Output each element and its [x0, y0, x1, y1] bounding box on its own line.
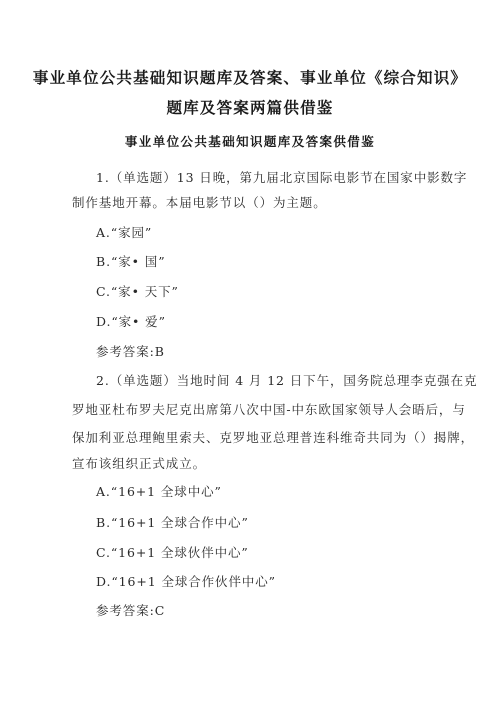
answer: 参考答案:C [96, 603, 165, 619]
option-c: C.“16+1 全球伙伴中心” [96, 545, 249, 561]
option-d: D.“家• 爱” [96, 314, 166, 330]
question-text: 保加利亚总理鲍里索夫、克罗地亚总理普连科维奇共同为（）揭牌， [72, 430, 474, 446]
question-text: 1.（单选题）13 日晚，第九届北京国际电影节在国家中影数字 [96, 170, 467, 186]
question-text: 制作基地开幕。本届电影节以（）为主题。 [72, 195, 327, 211]
option-b: B.“家• 国” [96, 254, 166, 270]
answer: 参考答案:B [96, 344, 165, 360]
question-text: 2.（单选题）当地时间 4 月 12 日下午，国务院总理李克强在克 [96, 373, 477, 389]
question-text: 宣布该组织正式成立。 [72, 456, 206, 472]
option-b: B.“16+1 全球合作中心” [96, 515, 249, 531]
option-d: D.“16+1 全球合作伙伴中心” [96, 574, 276, 590]
option-a: A.“16+1 全球中心” [96, 484, 222, 500]
doc-title-line1: 事业单位公共基础知识题库及答案、事业单位《综合知识》 [0, 70, 500, 86]
option-c: C.“家• 天下” [96, 284, 179, 300]
option-a: A.“家园” [96, 225, 152, 241]
question-text: 罗地亚杜布罗夫尼克出席第八次中国-中东欧国家领导人会晤后，与 [72, 402, 466, 418]
section-subtitle: 事业单位公共基础知识题库及答案供借鉴 [0, 134, 500, 150]
doc-title-line2: 题库及答案两篇供借鉴 [0, 100, 500, 116]
